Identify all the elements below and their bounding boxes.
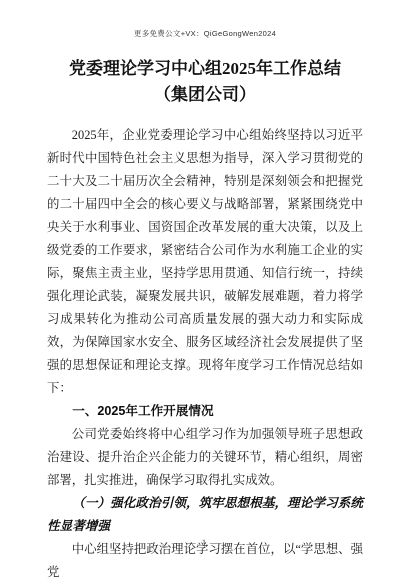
header-watermark-note: 更多免费公文+VX：QiGeGongWen2024 xyxy=(0,28,410,39)
paragraph-section1-intro: 公司党委始终将中心组学习作为加强领导班子思想政治建设、提升治企兴企能力的关键环节… xyxy=(47,423,363,492)
document-title-line2: （集团公司） xyxy=(30,82,380,108)
document-title-line1: 党委理论学习中心组2025年工作总结 xyxy=(30,56,380,82)
document-body: 2025年，企业党委理论学习中心组始终坚持以习近平新时代中国特色社会主义思想为指… xyxy=(47,124,363,580)
document-title: 党委理论学习中心组2025年工作总结 （集团公司） xyxy=(30,56,380,108)
page-number: — 1 — xyxy=(0,538,410,548)
document-page: 更多免费公文+VX：QiGeGongWen2024 党委理论学习中心组2025年… xyxy=(0,0,410,580)
paragraph-intro: 2025年，企业党委理论学习中心组始终坚持以习近平新时代中国特色社会主义思想为指… xyxy=(47,124,363,400)
subsection-heading-1-1: （一）强化政治引领，筑牢思想根基，理论学习系统性显著增强 xyxy=(47,492,363,538)
section-heading-1: 一、2025年工作开展情况 xyxy=(47,400,363,423)
